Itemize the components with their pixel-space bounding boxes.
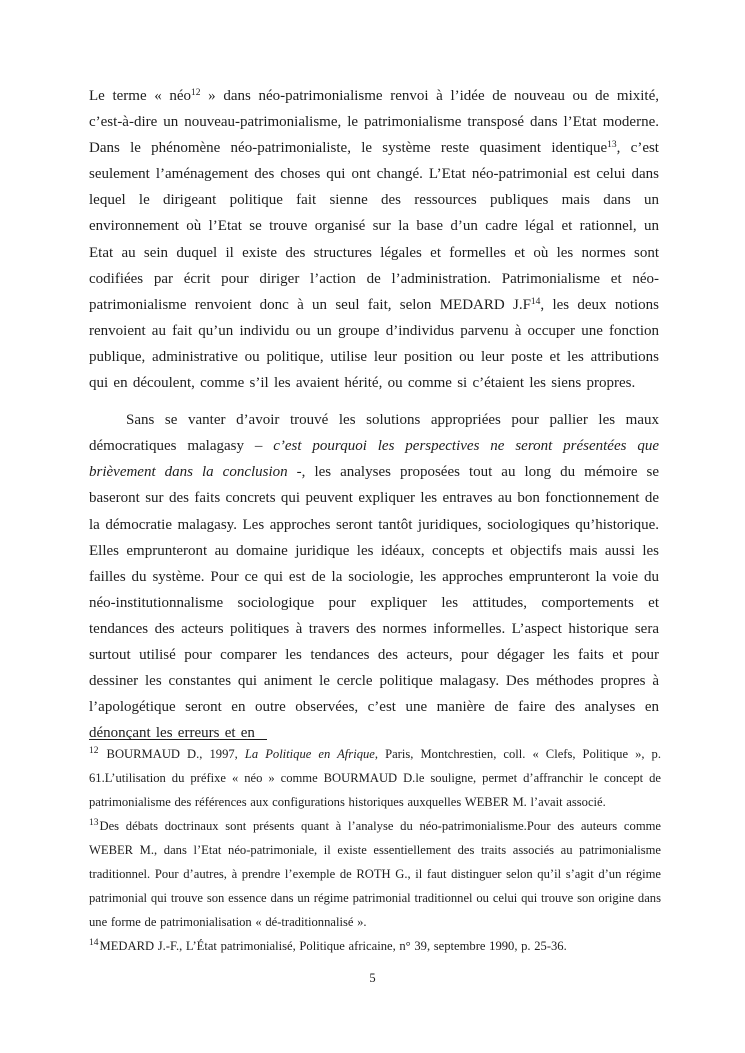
- body-paragraph: Sans se vanter d’avoir trouvé les soluti…: [89, 407, 659, 746]
- text-run: Des débats doctrinaux sont présents quan…: [89, 819, 661, 929]
- footnote: 14MEDARD J.-F., L’État patrimonialisé, P…: [89, 934, 661, 958]
- body-paragraph: Le terme « néo12 » dans néo-patrimoniali…: [89, 83, 659, 396]
- footnote: 13Des débats doctrinaux sont présents qu…: [89, 814, 661, 934]
- document-page: Le terme « néo12 » dans néo-patrimoniali…: [0, 0, 745, 1053]
- footnote-marker: 12: [89, 746, 99, 756]
- footnote: 12 BOURMAUD D., 1997, La Politique en Af…: [89, 742, 661, 814]
- text-run: -, les analyses proposées tout au long d…: [89, 464, 659, 741]
- footnote-reference: 13: [607, 140, 617, 150]
- italic-text: La Politique en Afrique: [245, 747, 375, 761]
- text-run: MEDARD J.-F., L’État patrimonialisé, Pol…: [100, 939, 567, 953]
- text-run: Le terme « néo: [89, 88, 191, 104]
- footnote-reference: 14: [531, 297, 541, 307]
- footnote-marker: 14: [89, 938, 99, 948]
- text-run: BOURMAUD D., 1997,: [100, 747, 245, 761]
- text-run: , c’est seulement l’aménagement des chos…: [89, 140, 659, 313]
- page-number: 5: [0, 971, 745, 986]
- footnote-reference: 12: [191, 88, 201, 98]
- footnote-separator: [89, 739, 267, 740]
- footnote-marker: 13: [89, 818, 99, 828]
- footnotes-section: 12 BOURMAUD D., 1997, La Politique en Af…: [89, 742, 661, 958]
- body-text: Le terme « néo12 » dans néo-patrimoniali…: [89, 83, 659, 746]
